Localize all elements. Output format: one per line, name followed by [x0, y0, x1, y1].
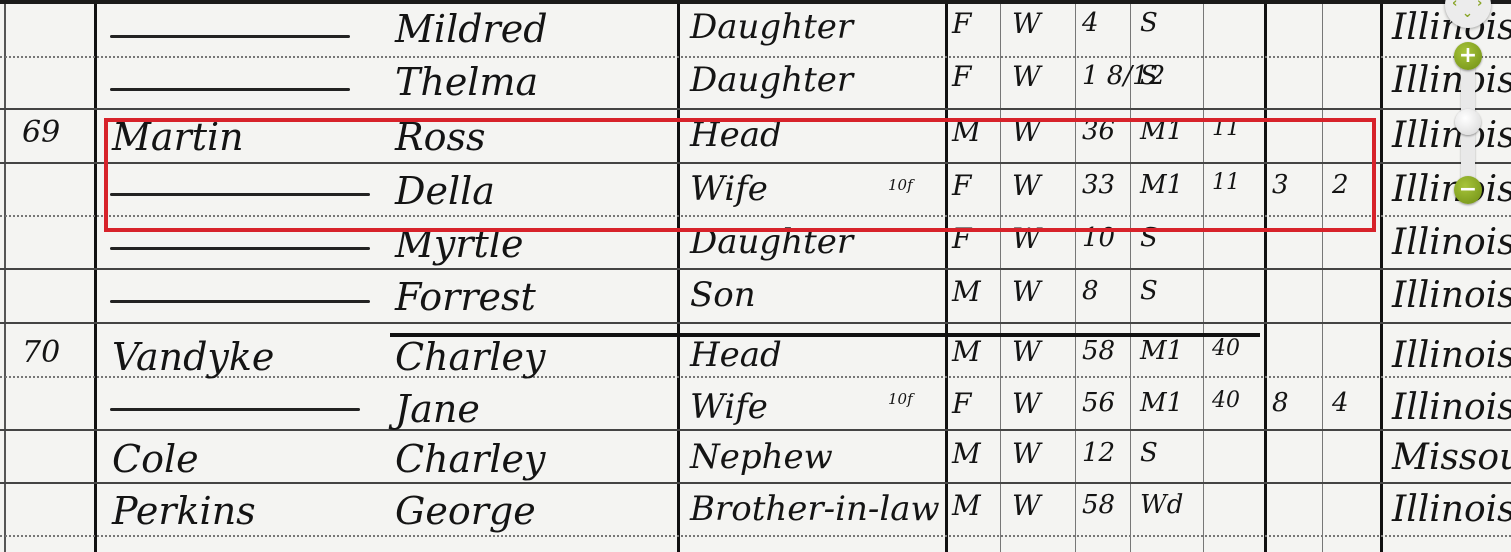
row-rule	[0, 0, 1511, 4]
column-rule	[677, 0, 680, 552]
zoom-slider-thumb[interactable]	[1455, 109, 1481, 135]
column-rule	[1380, 0, 1383, 552]
cell-age: 58	[1082, 492, 1115, 518]
highlight-box	[104, 118, 1376, 232]
cell-given: Mildred	[395, 10, 548, 48]
cell-given: George	[395, 492, 536, 530]
cell-age: 58	[1082, 338, 1115, 364]
ditto-mark	[110, 35, 350, 38]
margin-note: 10f	[888, 392, 913, 407]
cell-sex: M	[952, 338, 981, 366]
cell-given: Thelma	[395, 63, 538, 101]
cell-relation: Brother-in-law	[690, 492, 940, 526]
ditto-mark	[110, 300, 370, 303]
row-rule	[0, 429, 1511, 431]
cell-years-married: 40	[1212, 338, 1240, 360]
cell-relation: Head	[690, 338, 782, 372]
cell-race: W	[1012, 10, 1041, 38]
cell-surname: Vandyke	[112, 338, 274, 376]
cell-relation: Daughter	[690, 63, 853, 97]
zoom-in-button[interactable]: +	[1454, 42, 1482, 70]
cell-sex: M	[952, 440, 981, 468]
pan-control[interactable]: ‹ › ⌄	[1445, 0, 1491, 28]
cell-race: W	[1012, 390, 1041, 418]
row-rule	[0, 56, 1511, 58]
cell-children-born: 8	[1272, 390, 1289, 416]
cell-sex: F	[952, 63, 971, 91]
zoom-control: ‹ › ⌄ + −	[1440, 0, 1498, 210]
column-rule	[945, 0, 948, 552]
ditto-mark	[110, 88, 350, 91]
ditto-mark	[110, 247, 370, 250]
row-rule	[0, 268, 1511, 270]
cell-marital: S	[1140, 10, 1158, 36]
cell-age: 4	[1082, 10, 1099, 36]
cell-race: W	[1012, 63, 1041, 91]
column-rule	[1322, 0, 1323, 552]
cell-given: Charley	[395, 338, 545, 376]
row-rule	[0, 322, 1511, 324]
cell-children-living: 4	[1332, 390, 1349, 416]
column-rule	[1203, 0, 1204, 552]
cell-birthplace: Illinois	[1392, 278, 1511, 314]
cell-dwelling: 69	[22, 118, 60, 148]
cell-surname: Cole	[112, 440, 199, 478]
column-rule	[1075, 0, 1076, 552]
column-rule	[94, 0, 97, 552]
cell-birthplace: Illinois	[1392, 390, 1511, 426]
column-rule	[1000, 0, 1001, 552]
cell-race: W	[1012, 278, 1041, 306]
cell-relation: Daughter	[690, 10, 853, 44]
pan-left-icon[interactable]: ‹	[1452, 0, 1457, 11]
cell-birthplace: Illinois	[1392, 492, 1511, 528]
cell-dwelling: 70	[22, 338, 60, 368]
cell-sex: M	[952, 278, 981, 306]
cell-birthplace: Missouri	[1392, 440, 1511, 476]
cell-sex: M	[952, 492, 981, 520]
cell-age: 56	[1082, 390, 1115, 416]
cell-age: 12	[1082, 440, 1115, 466]
row-rule	[0, 482, 1511, 484]
cell-birthplace: Illinois	[1392, 225, 1511, 261]
cell-age: 8	[1082, 278, 1099, 304]
cell-marital: M1	[1140, 338, 1183, 364]
pan-right-icon[interactable]: ›	[1477, 0, 1482, 11]
cell-marital: Wd	[1140, 492, 1183, 518]
cell-relation: Nephew	[690, 440, 833, 474]
cell-surname: Perkins	[112, 492, 256, 530]
cell-given: Charley	[395, 440, 545, 478]
census-page-image: MildredDaughterFW4SIllinoisThelmaDaughte…	[0, 0, 1511, 552]
cell-relation: Wife	[690, 390, 768, 424]
pan-down-icon[interactable]: ⌄	[1462, 6, 1473, 21]
cell-marital: S	[1140, 440, 1158, 466]
cell-given: Forrest	[395, 278, 536, 316]
cell-sex: F	[952, 10, 971, 38]
cell-sex: F	[952, 390, 971, 418]
cell-given: Jane	[395, 390, 480, 428]
cell-relation: Son	[690, 278, 756, 312]
zoom-out-button[interactable]: −	[1454, 176, 1482, 204]
cell-years-married: 40	[1212, 390, 1240, 412]
cell-marital: S	[1140, 278, 1158, 304]
cell-race: W	[1012, 338, 1041, 366]
row-rule	[0, 535, 1511, 537]
row-rule	[0, 108, 1511, 110]
column-rule	[4, 0, 6, 552]
cell-marital: S	[1140, 63, 1158, 89]
cell-birthplace: Illinois	[1392, 338, 1511, 374]
cell-race: W	[1012, 492, 1041, 520]
ditto-mark	[110, 408, 360, 411]
cell-marital: M1	[1140, 390, 1183, 416]
column-rule	[1264, 0, 1267, 552]
cell-race: W	[1012, 440, 1041, 468]
